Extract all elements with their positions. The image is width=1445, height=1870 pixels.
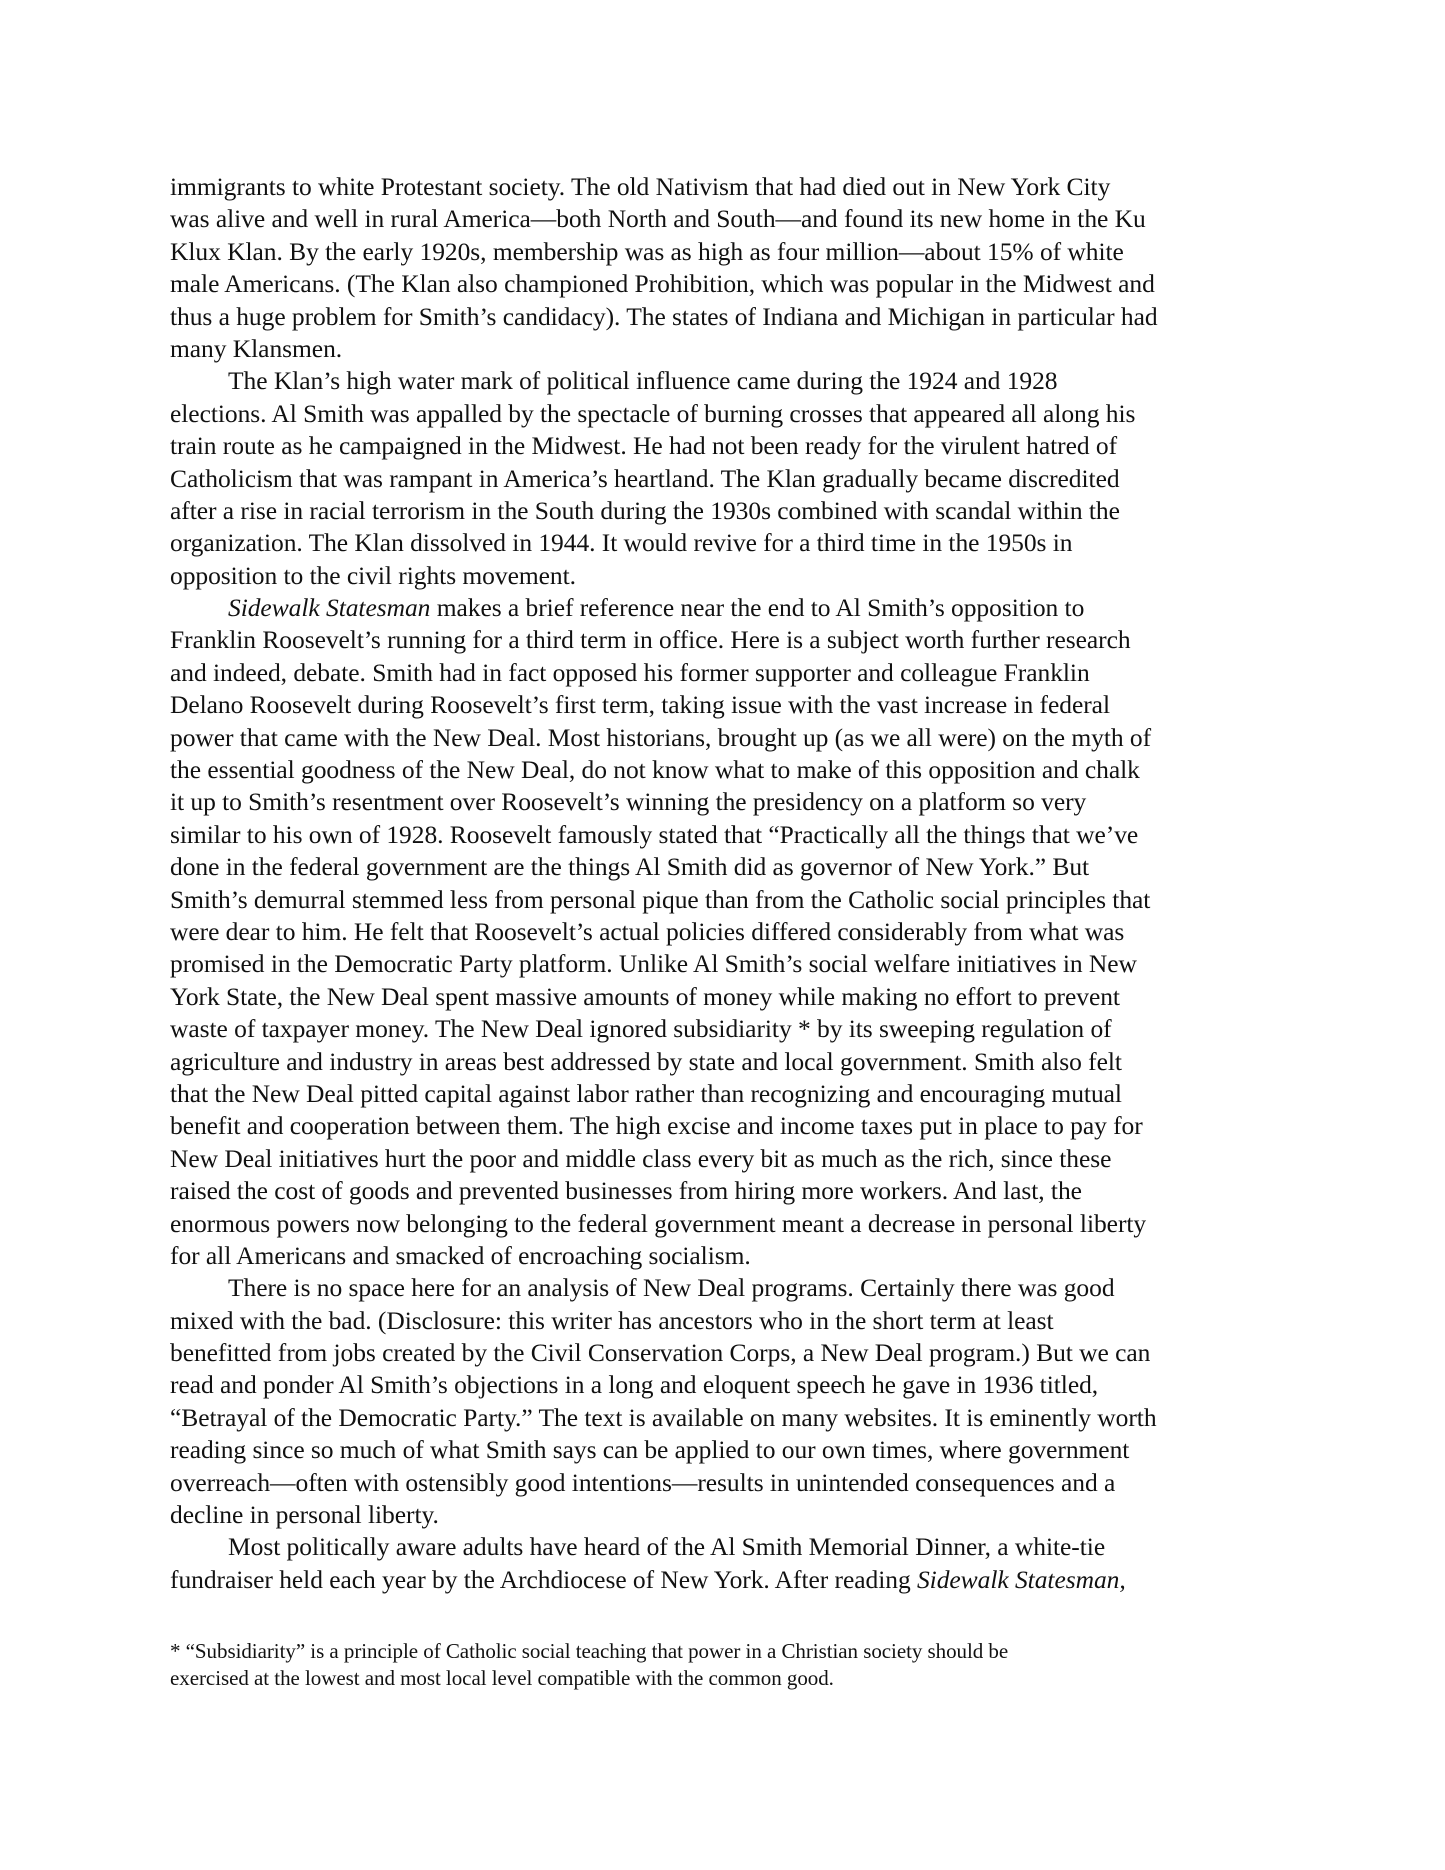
book-title: Sidewalk Statesman [228, 593, 430, 622]
text-line: opposition to the civil rights movement. [170, 560, 1310, 592]
text-line: decline in personal liberty. [170, 1499, 1310, 1531]
text-line: promised in the Democratic Party platfor… [170, 948, 1310, 980]
text-line: that the New Deal pitted capital against… [170, 1078, 1310, 1110]
paragraph: There is no space here for an analysis o… [170, 1272, 1310, 1531]
text-line: raised the cost of goods and prevented b… [170, 1175, 1310, 1207]
text-line: Delano Roosevelt during Roosevelt’s firs… [170, 689, 1310, 721]
text-line: male Americans. (The Klan also champione… [170, 268, 1310, 300]
text-line: waste of taxpayer money. The New Deal ig… [170, 1013, 1310, 1045]
text-run: makes a brief reference near the end to … [430, 593, 1084, 622]
text-line: were dear to him. He felt that Roosevelt… [170, 916, 1310, 948]
text-line: mixed with the bad. (Disclosure: this wr… [170, 1305, 1310, 1337]
text-line: There is no space here for an analysis o… [170, 1272, 1310, 1304]
text-line: benefitted from jobs created by the Civi… [170, 1337, 1310, 1369]
text-line: Franklin Roosevelt’s running for a third… [170, 624, 1310, 656]
text-line: after a rise in racial terrorism in the … [170, 495, 1310, 527]
footnote-line: * “Subsidiarity” is a principle of Catho… [170, 1638, 1310, 1665]
text-line: organization. The Klan dissolved in 1944… [170, 527, 1310, 559]
text-line: Most politically aware adults have heard… [170, 1531, 1310, 1563]
text-line: immigrants to white Protestant society. … [170, 171, 1310, 203]
book-title: Sidewalk Statesman, [917, 1565, 1126, 1594]
footnote: * “Subsidiarity” is a principle of Catho… [170, 1638, 1310, 1692]
text-line: many Klansmen. [170, 333, 1310, 365]
text-line: benefit and cooperation between them. Th… [170, 1110, 1310, 1142]
text-line: agriculture and industry in areas best a… [170, 1046, 1310, 1078]
text-line: done in the federal government are the t… [170, 851, 1310, 883]
text-line: it up to Smith’s resentment over Rooseve… [170, 786, 1310, 818]
text-line: was alive and well in rural America—both… [170, 203, 1310, 235]
text-line: Smith’s demurral stemmed less from perso… [170, 884, 1310, 916]
text-line: Klux Klan. By the early 1920s, membershi… [170, 236, 1310, 268]
footnote-line: exercised at the lowest and most local l… [170, 1665, 1310, 1692]
text-run: fundraiser held each year by the Archdio… [170, 1565, 917, 1594]
paragraph: Most politically aware adults have heard… [170, 1531, 1310, 1596]
text-line: overreach—often with ostensibly good int… [170, 1467, 1310, 1499]
text-line: elections. Al Smith was appalled by the … [170, 398, 1310, 430]
text-line: and indeed, debate. Smith had in fact op… [170, 657, 1310, 689]
text-line: York State, the New Deal spent massive a… [170, 981, 1310, 1013]
text-line: train route as he campaigned in the Midw… [170, 430, 1310, 462]
text-line: power that came with the New Deal. Most … [170, 722, 1310, 754]
text-line: the essential goodness of the New Deal, … [170, 754, 1310, 786]
text-line: Catholicism that was rampant in America’… [170, 463, 1310, 495]
text-line: enormous powers now belonging to the fed… [170, 1208, 1310, 1240]
text-line: similar to his own of 1928. Roosevelt fa… [170, 819, 1310, 851]
paragraph: The Klan’s high water mark of political … [170, 365, 1310, 592]
text-line: Sidewalk Statesman makes a brief referen… [170, 592, 1310, 624]
paragraph: immigrants to white Protestant society. … [170, 171, 1310, 365]
text-line: The Klan’s high water mark of political … [170, 365, 1310, 397]
text-line: New Deal initiatives hurt the poor and m… [170, 1143, 1310, 1175]
text-line: read and ponder Al Smith’s objections in… [170, 1369, 1310, 1401]
paragraph: Sidewalk Statesman makes a brief referen… [170, 592, 1310, 1272]
text-line: for all Americans and smacked of encroac… [170, 1240, 1310, 1272]
document-body: immigrants to white Protestant society. … [170, 171, 1310, 1596]
text-line: fundraiser held each year by the Archdio… [170, 1564, 1310, 1596]
text-line: reading since so much of what Smith says… [170, 1434, 1310, 1466]
text-line: “Betrayal of the Democratic Party.” The … [170, 1402, 1310, 1434]
text-line: thus a huge problem for Smith’s candidac… [170, 301, 1310, 333]
